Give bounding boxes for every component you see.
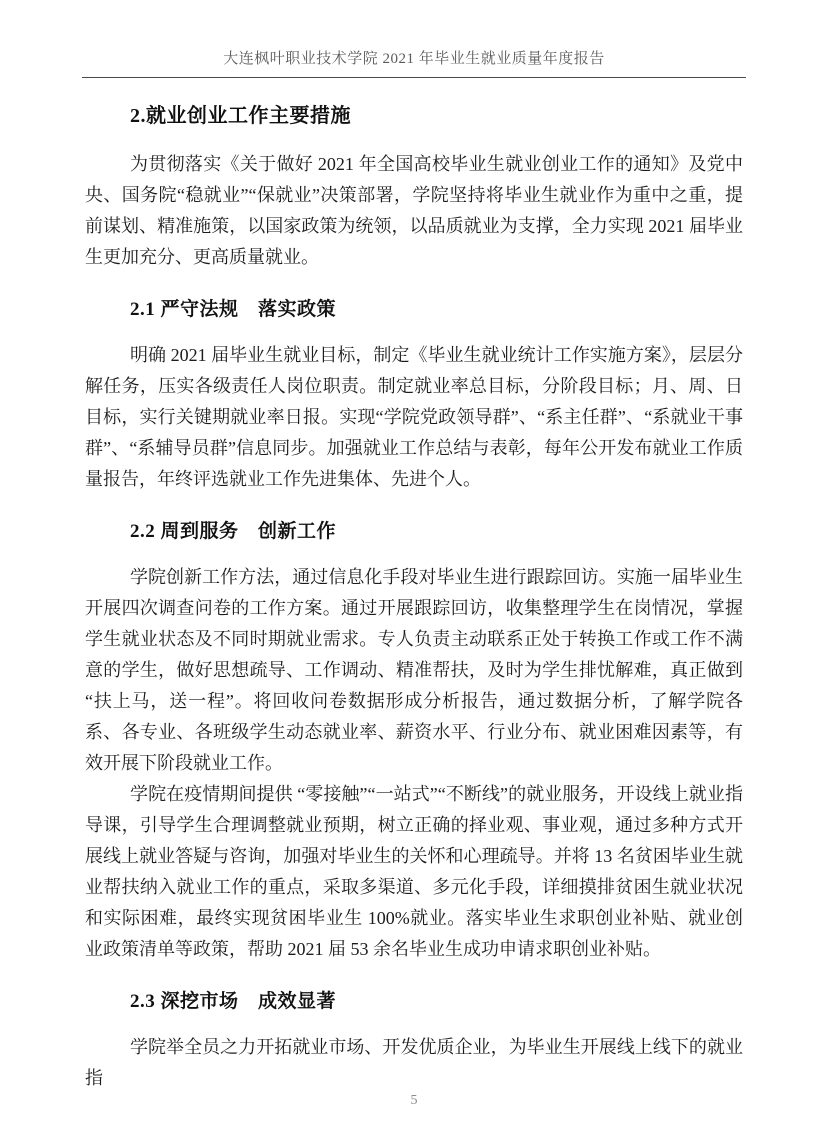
page-number: 5 xyxy=(411,1093,418,1108)
subsection-title-2-2: 2.2 周到服务 创新工作 xyxy=(85,520,743,543)
paragraph-2-2-b: 学院在疫情期间提供 “零接触”“一站式”“不断线”的就业服务，开设线上就业指导课… xyxy=(85,779,743,965)
page-content: 2.就业创业工作主要措施 为贯彻落实《关于做好 2021 年全国高校毕业生就业创… xyxy=(85,104,743,1094)
page-header: 大连枫叶职业技术学院 2021 年毕业生就业质量年度报告 xyxy=(82,0,746,78)
subsection-title-2-1: 2.1 严守法规 落实政策 xyxy=(85,298,743,321)
paragraph-2-2-a: 学院创新工作方法，通过信息化手段对毕业生进行跟踪回访。实施一届毕业生开展四次调查… xyxy=(85,562,743,779)
subsection-title-2-3: 2.3 深挖市场 成效显著 xyxy=(85,990,743,1013)
paragraph-2-1-a: 明确 2021 届毕业生就业目标，制定《毕业生就业统计工作实施方案》，层层分解任… xyxy=(85,340,743,495)
document-page: 大连枫叶职业技术学院 2021 年毕业生就业质量年度报告 2.就业创业工作主要措… xyxy=(0,0,828,1135)
report-header-title: 大连枫叶职业技术学院 2021 年毕业生就业质量年度报告 xyxy=(82,49,746,78)
page-footer: 5 xyxy=(0,1091,828,1109)
intro-paragraph: 为贯彻落实《关于做好 2021 年全国高校毕业生就业创业工作的通知》及党中央、国… xyxy=(85,149,743,273)
section-title: 2.就业创业工作主要措施 xyxy=(85,104,743,129)
paragraph-2-3-a: 学院举全员之力开拓就业市场、开发优质企业，为毕业生开展线上线下的就业指 xyxy=(85,1032,743,1094)
